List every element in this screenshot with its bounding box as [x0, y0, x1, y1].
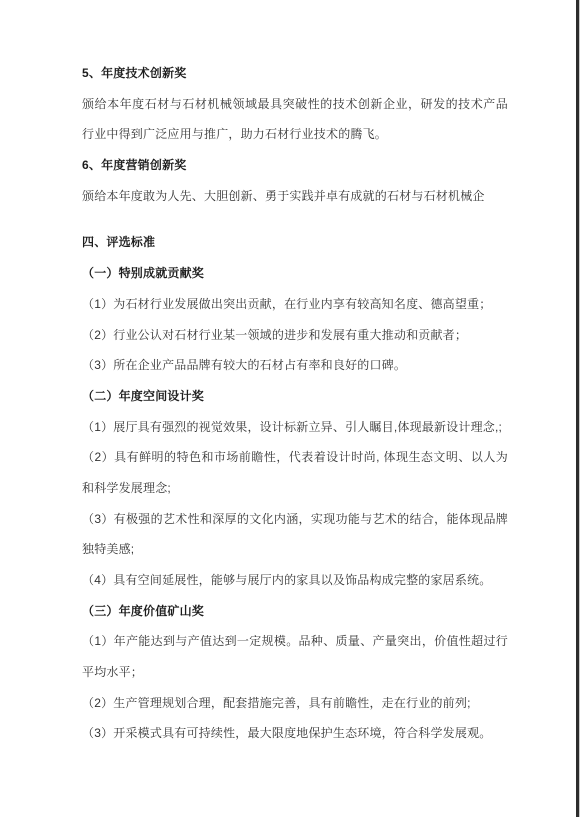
criteria-space-design-item-1: （1）展厅具有强烈的视觉效果，设计标新立异、引人瞩目,体现最新设计理念,;: [82, 412, 508, 443]
criteria-space-design-item-3-line-1: （3）有极强的艺术性和深厚的文化内涵，实现功能与艺术的结合，能体现品牌的: [82, 504, 508, 535]
criteria-value-mine-item-1-line-1: （1）年产能达到与产值达到一定规模。品种、质量、产量突出，价值性超过行业: [82, 626, 508, 657]
criteria-space-design-item-3-line-2: 独特美感;: [82, 534, 508, 565]
criteria-value-mine-item-3: （3）开采模式具有可持续性，最大限度地保护生态环境，符合科学发展观。: [82, 718, 508, 749]
award-6-body-line-1: 颁给本年度敢为人先、大胆创新、勇于实践并卓有成就的石材与石材机械企业。: [82, 181, 508, 212]
document-content: 5、年度技术创新奖 颁给本年度石材与石材机械领域最具突破性的技术创新企业，研发的…: [82, 58, 508, 749]
criteria-value-mine-item-2: （2）生产管理规划合理，配套措施完善，具有前瞻性，走在行业的前列;: [82, 688, 508, 719]
criteria-special-achievement-item-2: （2）行业公认对石材行业某一领域的进步和发展有重大推动和贡献者；: [82, 320, 508, 351]
criteria-section-heading: 四、评选标准: [82, 227, 508, 258]
criteria-space-design-item-2-line-2: 和科学发展理念;: [82, 473, 508, 504]
criteria-special-achievement-item-3: （3）所在企业产品品牌有较大的石材占有率和良好的口碑。: [82, 350, 508, 381]
award-5-body-line-1: 颁给本年度石材与石材机械领域最具突破性的技术创新企业，研发的技术产品在: [82, 89, 508, 120]
document-page: 5、年度技术创新奖 颁给本年度石材与石材机械领域最具突破性的技术创新企业，研发的…: [0, 0, 580, 817]
award-5-body-line-2: 行业中得到广泛应用与推广，助力石材行业技术的腾飞。: [82, 119, 508, 150]
award-5-heading: 5、年度技术创新奖: [82, 58, 508, 89]
criteria-space-design-item-2-line-1: （2）具有鲜明的特色和市场前瞻性，代表着设计时尚, 体现生态文明、以人为本: [82, 442, 508, 473]
criteria-special-achievement-heading: （一）特别成就贡献奖: [82, 258, 508, 289]
criteria-value-mine-item-1-line-2: 平均水平；: [82, 657, 508, 688]
criteria-value-mine-heading: （三）年度价值矿山奖: [82, 596, 508, 627]
criteria-space-design-heading: （二）年度空间设计奖: [82, 381, 508, 412]
award-6-heading: 6、年度营销创新奖: [82, 150, 508, 181]
criteria-space-design-item-4: （4）具有空间延展性，能够与展厅内的家具以及饰品构成完整的家居系统。: [82, 565, 508, 596]
criteria-special-achievement-item-1: （1）为石材行业发展做出突出贡献，在行业内享有较高知名度、德高望重；: [82, 289, 508, 320]
